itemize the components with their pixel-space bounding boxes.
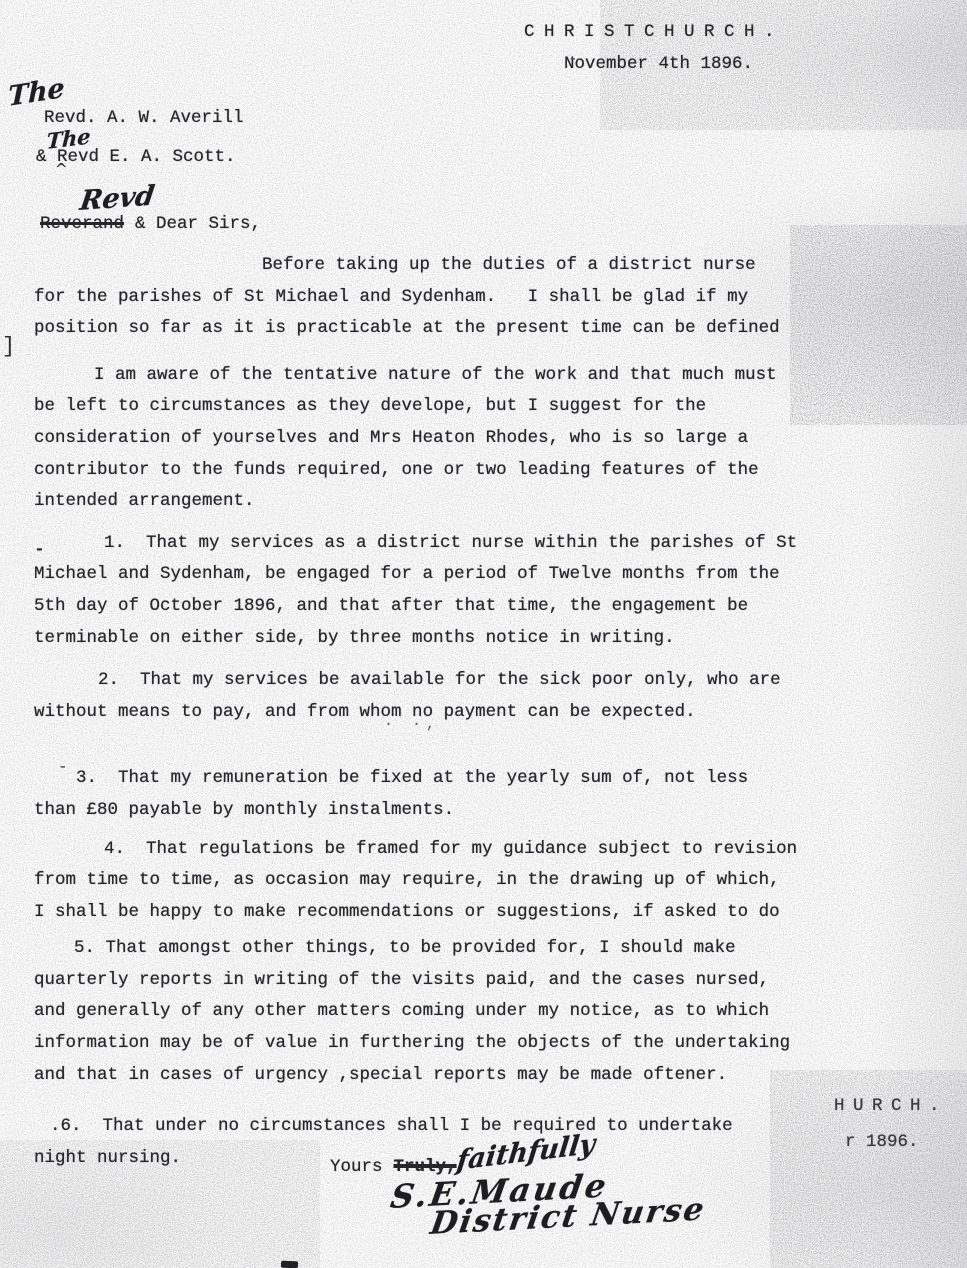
body-line: than £80 payable by monthly instalments.	[34, 795, 894, 827]
stray-mark-bracket: ]	[2, 334, 15, 359]
letter-body: Before taking up the duties of a distric…	[34, 250, 894, 1174]
body-line: 4. That regulations be framed for my gui…	[34, 834, 894, 866]
closing-line: YoursTruly,	[330, 1157, 457, 1177]
body-line: and that in cases of urgency ,special re…	[34, 1060, 894, 1092]
body-line: intended arrangement.	[34, 486, 894, 518]
handwritten-revd-annotation: Revd	[78, 180, 156, 217]
numbered-item-1: 1. That my services as a district nurse …	[34, 528, 894, 654]
body-line: be left to circumstances as they develop…	[34, 391, 894, 423]
letterhead-city: CHRISTCHURCH.	[524, 22, 784, 42]
bleedthrough-fragment-church: HURCH.	[834, 1096, 948, 1116]
stray-mark-hyphen-top: -	[568, 50, 578, 68]
body-line: terminable on either side, by three mont…	[34, 623, 894, 655]
numbered-item-5: 5. That amongst other things, to be prov…	[34, 933, 894, 1091]
body-line: 3. That my remuneration be fixed at the …	[34, 763, 894, 795]
bleedthrough-fragment-1896: r 1896.	[845, 1132, 919, 1152]
body-line: from time to time, as occasion may requi…	[34, 865, 894, 897]
body-line: contributor to the funds required, one o…	[34, 455, 894, 487]
struck-word-reverand: Reverand	[40, 214, 124, 234]
body-line: for the parishes of St Michael and Syden…	[34, 282, 894, 314]
numbered-item-4: 4. That regulations be framed for my gui…	[34, 834, 894, 929]
body-line: information may be of value in furtherin…	[34, 1028, 894, 1060]
cutoff-text-fragment	[281, 1261, 298, 1268]
letterhead-date: November 4th 1896.	[564, 54, 753, 74]
body-line: Before taking up the duties of a distric…	[34, 250, 894, 282]
numbered-item-2: 2. That my services be available for the…	[34, 665, 894, 728]
salutation-text: & Dear Sirs,	[135, 214, 261, 234]
closing-yours: Yours	[330, 1157, 383, 1177]
body-line: 5. That amongst other things, to be prov…	[34, 933, 894, 965]
body-line: and generally of any other matters comin…	[34, 996, 894, 1028]
paragraph-intro: Before taking up the duties of a distric…	[34, 250, 894, 345]
body-line: without means to pay, and from whom no p…	[34, 697, 894, 729]
body-line: consideration of yourselves and Mrs Heat…	[34, 423, 894, 455]
body-line: .6. That under no circumstances shall I …	[34, 1111, 894, 1143]
salutation-line: Reverand& Dear Sirs,	[40, 214, 261, 234]
body-line: 1. That my services as a district nurse …	[34, 528, 894, 560]
body-line: quarterly reports in writing of the visi…	[34, 965, 894, 997]
body-line: Michael and Sydenham, be engaged for a p…	[34, 559, 894, 591]
body-line: position so far as it is practicable at …	[34, 313, 894, 345]
body-line: I am aware of the tentative nature of th…	[34, 360, 894, 392]
body-line: 5th day of October 1896, and that after …	[34, 591, 894, 623]
body-line: 2. That my services be available for the…	[34, 665, 894, 697]
scanned-letter-page: CHRISTCHURCH. November 4th 1896. - The R…	[0, 0, 967, 1268]
paragraph-tentative-nature: I am aware of the tentative nature of th…	[34, 360, 894, 518]
body-line: I shall be happy to make recommendations…	[34, 897, 894, 929]
addressee-line-scott: & Revd E. A. Scott.	[36, 147, 236, 167]
numbered-item-3: 3. That my remuneration be fixed at the …	[34, 763, 894, 826]
handwritten-the-annotation-1: The	[8, 73, 65, 113]
